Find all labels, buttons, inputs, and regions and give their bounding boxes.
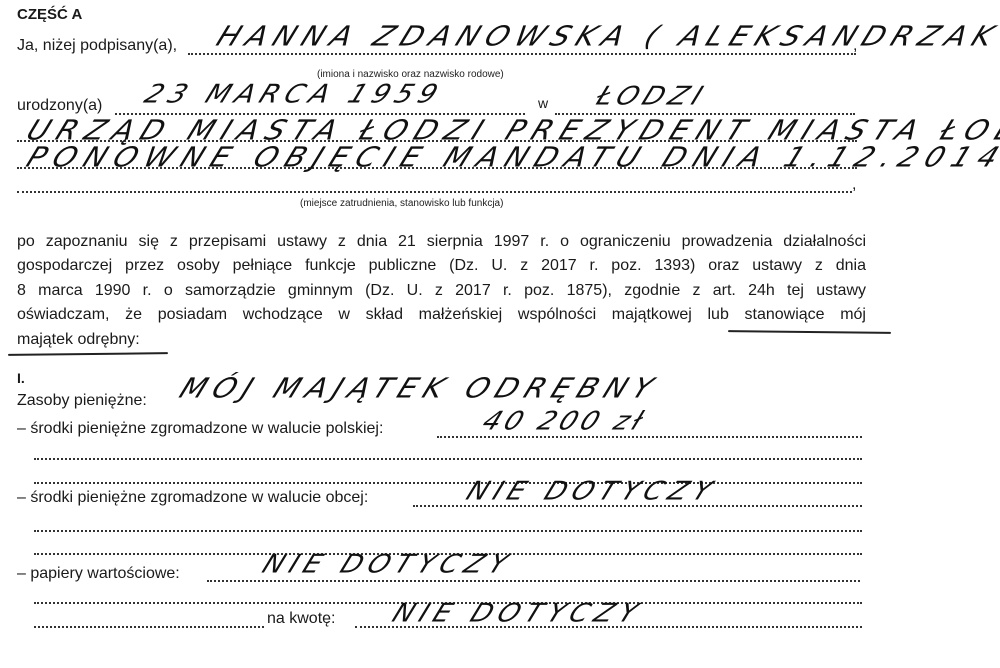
birth-date-handwritten: 23 MARCA 1959 bbox=[140, 80, 448, 109]
pen-underline bbox=[8, 352, 168, 356]
declarant-dotted-field[interactable] bbox=[188, 53, 856, 55]
paragraph-line: po zapoznaniu się z przepisami ustawy z … bbox=[17, 230, 866, 254]
item-polish-currency-field-3[interactable] bbox=[34, 482, 862, 484]
paragraph-line4-prefix: oświadczam, że posiadam wchodzące w skła… bbox=[17, 306, 745, 323]
item-polish-currency-handwritten: 40 200 zł bbox=[478, 407, 651, 436]
item-securities-label: – papiery wartościowe: bbox=[17, 565, 180, 583]
item-foreign-currency-field-2[interactable] bbox=[34, 530, 862, 532]
paragraph-line: 8 marca 1990 r. o samorządzie gminnym (D… bbox=[17, 279, 866, 303]
paragraph-line: oświadczam, że posiadam wchodzące w skła… bbox=[17, 303, 866, 327]
item-polish-currency-label: – środki pieniężne zgromadzone w walucie… bbox=[17, 420, 383, 438]
declarant-name-handwritten: HANNA ZDANOWSKA ( ALEKSANDRZAK ) bbox=[212, 20, 1000, 52]
paragraph-line: gospodarczej przez osoby pełniące funkcj… bbox=[17, 254, 866, 278]
declarant-caption: (imiona i nazwisko oraz nazwisko rodowe) bbox=[317, 69, 504, 80]
birth-place-label: w bbox=[538, 95, 548, 111]
section-title: CZĘŚĆ A bbox=[17, 6, 82, 23]
employment-caption: (miejsce zatrudnienia, stanowisko lub fu… bbox=[300, 198, 503, 209]
item-securities-field[interactable] bbox=[207, 580, 860, 582]
amount-label: na kwotę: bbox=[267, 610, 335, 628]
paragraph-underlined-text-2: majątek odrębny: bbox=[17, 331, 140, 348]
item-foreign-currency-handwritten: NIE DOTYCZY bbox=[462, 477, 722, 506]
section-number: I. bbox=[17, 370, 25, 386]
section-heading-handwritten: MÓJ MAJĄTEK ODRĘBNY bbox=[175, 372, 665, 404]
declaration-paragraph: po zapoznaniu się z przepisami ustawy z … bbox=[17, 230, 866, 352]
birth-label: urodzony(a) bbox=[17, 97, 102, 115]
amount-description-field[interactable] bbox=[34, 626, 264, 628]
amount-handwritten: NIE DOTYCZY bbox=[388, 599, 648, 628]
item-foreign-currency-label: – środki pieniężne zgromadzone w walucie… bbox=[17, 489, 368, 507]
employment-line2-handwritten: PONOWNE OBJĘCIE MANDATU DNIA 1.12.2014 R bbox=[22, 141, 1000, 173]
employment-dotted-field-3[interactable] bbox=[17, 191, 852, 193]
item-polish-currency-field-2[interactable] bbox=[34, 458, 862, 460]
paragraph-underlined-text: stanowiące mój bbox=[745, 306, 867, 323]
birth-place-handwritten: ŁODZI bbox=[592, 82, 712, 111]
section-heading: Zasoby pieniężne: bbox=[17, 392, 147, 410]
declarant-label: Ja, niżej podpisany(a), bbox=[17, 37, 177, 55]
item-securities-handwritten: NIE DOTYCZY bbox=[258, 550, 518, 579]
employment-comma: , bbox=[852, 176, 856, 194]
item-polish-currency-field[interactable] bbox=[437, 436, 862, 438]
